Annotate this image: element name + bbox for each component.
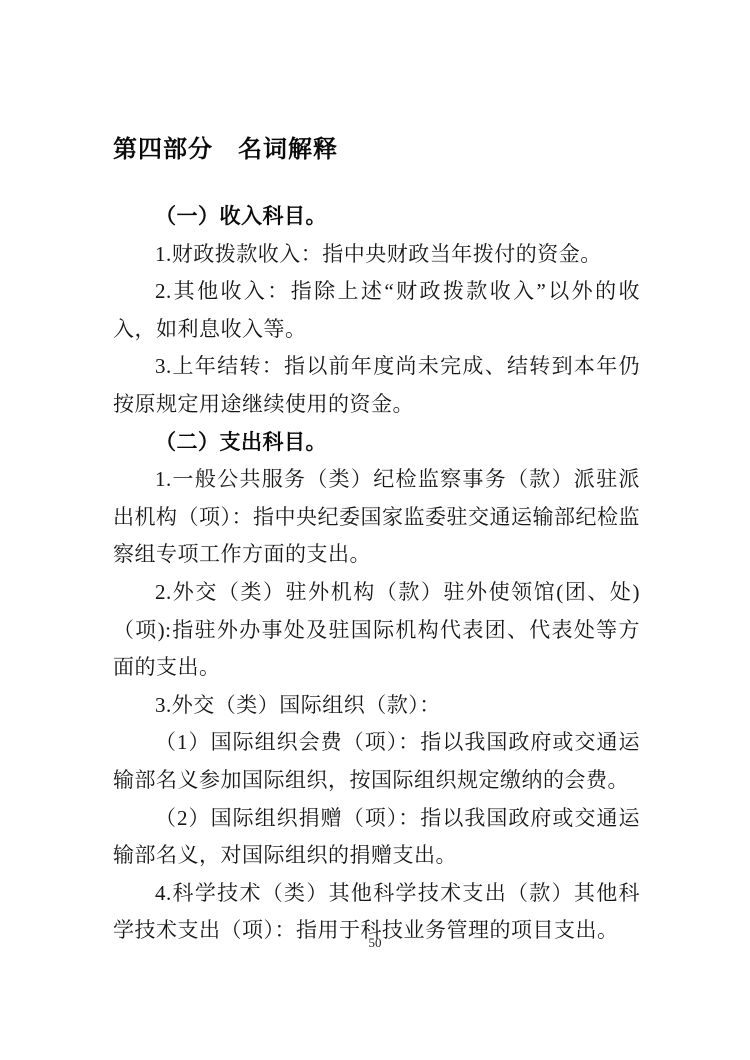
section-heading: （一）收入科目。 [113, 198, 640, 236]
page-number: 50 [0, 934, 750, 952]
paragraph: 3.外交（类）国际组织（款）： [113, 687, 640, 725]
paragraph: 3.上年结转：指以前年度尚未完成、结转到本年仍按原规定用途继续使用的资金。 [113, 348, 640, 423]
paragraph: 1.一般公共服务（类）纪检监察事务（款）派驻派出机构（项）：指中央纪委国家监委驻… [113, 461, 640, 574]
document-page: 第四部分 名词解释 （一）收入科目。1.财政拨款收入：指中央财政当年拨付的资金。… [0, 0, 750, 1060]
document-body: 第四部分 名词解释 （一）收入科目。1.财政拨款收入：指中央财政当年拨付的资金。… [113, 134, 640, 950]
paragraph: （1）国际组织会费（项）：指以我国政府或交通运输部名义参加国际组织，按国际组织规… [113, 724, 640, 799]
page-title: 第四部分 名词解释 [113, 134, 640, 166]
section-heading: （二）支出科目。 [113, 424, 640, 462]
paragraph: 1.财政拨款收入：指中央财政当年拨付的资金。 [113, 236, 640, 274]
paragraph: （2）国际组织捐赠（项）：指以我国政府或交通运输部名义，对国际组织的捐赠支出。 [113, 800, 640, 875]
paragraph: 2.其他收入：指除上述“财政拨款收入”以外的收入，如利息收入等。 [113, 273, 640, 348]
paragraph: 2.外交（类）驻外机构（款）驻外使领馆(团、处)（项):指驻外办事处及驻国际机构… [113, 574, 640, 687]
paragraph-list: （一）收入科目。1.财政拨款收入：指中央财政当年拨付的资金。2.其他收入：指除上… [113, 198, 640, 950]
